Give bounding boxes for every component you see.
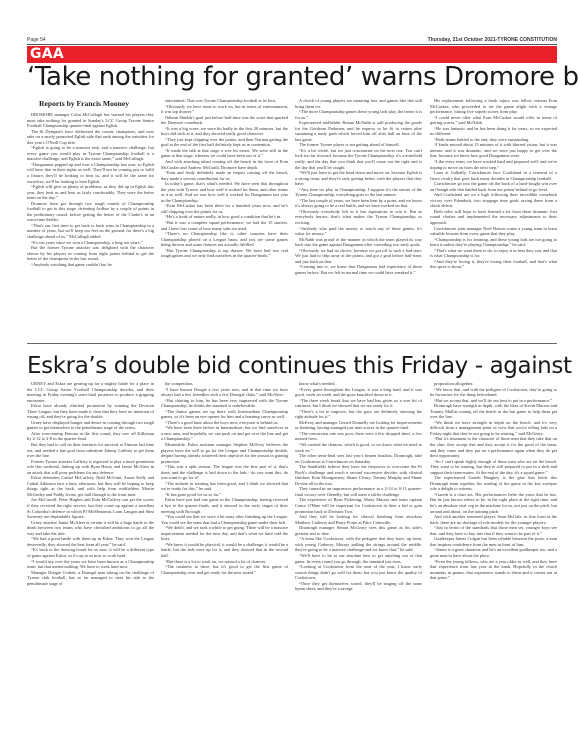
paragraph: “This was a split season. The league was… — [161, 464, 288, 481]
paragraph: “Anybody who paid the money to watch any… — [295, 226, 422, 237]
paragraph: But the former Tyrone attacker was delig… — [27, 245, 154, 262]
article-1-column-1: DROMORE manager Colm McCullagh has warne… — [27, 112, 154, 332]
paragraph: “Coming into it, we knew that Dungannon … — [295, 264, 422, 275]
paragraph: “The conversion rate was poor, there wer… — [295, 431, 422, 442]
paragraph: “Dungannon popped up and won a Champions… — [27, 162, 154, 184]
paragraph: “Obviously we had no choice, because we … — [295, 248, 422, 265]
paragraph: The experience of Ryan Pickering, Marty … — [295, 497, 422, 514]
paragraph: Both sides will hope to have learned a l… — [430, 209, 557, 226]
article-1-column-3: A clutch of young players are maturing f… — [295, 98, 422, 334]
paragraph: “We had a great battle with them up in E… — [27, 536, 154, 547]
paragraph: “We have been there before in Intermedia… — [161, 425, 288, 442]
article-1-headline: ‘Take nothing for granted’ warns Dromore… — [27, 60, 557, 94]
article-2-column-4: proposition altogether.“We know that, an… — [430, 381, 557, 691]
paragraph: Urney have displayed hunger and desire i… — [27, 420, 154, 431]
article-2-headline: Eskra’s double bid continues this Friday… — [27, 352, 557, 380]
paragraph: “Once they get themselves sorted, they'l… — [295, 581, 422, 592]
paragraph: The experienced Gareth Haughey is the gl… — [430, 475, 557, 492]
paragraph: “I have known Dougie a few years now, an… — [161, 387, 288, 398]
paragraph: “We know that, and with the pedigree of … — [430, 387, 557, 398]
paragraph: But they had to call on their instincts … — [27, 442, 154, 459]
paragraph: The St Dympna's have dethroned the count… — [27, 129, 154, 146]
paragraph: “We think we have strength in depth on t… — [430, 420, 557, 437]
paragraph: After overcoming Fintona in the first ro… — [27, 431, 154, 442]
paragraph: “There's a lot to improve, but the guys … — [295, 409, 422, 420]
paragraph: “Eoin McCusker has been there for a hund… — [161, 203, 288, 214]
paragraph: Carrickmore go into the game off the bac… — [430, 181, 557, 192]
paragraph: Experienced midfielder Ronan McNabb is s… — [295, 120, 422, 142]
paragraph: Dromore have got through two tough round… — [27, 201, 154, 223]
paragraph: “Obviously we have areas to work on, but… — [161, 104, 288, 115]
paragraph: “Even the young fellows, who are a year … — [430, 559, 557, 581]
paragraph: Carrickmore joint manager Noel Hotson wa… — [430, 226, 557, 237]
paragraph: “Eoin and Andy definitely made an impact… — [161, 170, 288, 181]
paragraph: Meanwhile, Eskra assistant manager Steph… — [161, 442, 288, 464]
paragraph: “A team like Cookstown, with the pedigre… — [295, 536, 422, 553]
paragraph: “Eglish is going to be a massive task, a… — [27, 145, 154, 162]
paragraph: “And they're loving it, they're loving t… — [430, 259, 557, 270]
paragraph: A clutch of young players are maturing f… — [295, 98, 422, 109]
paragraph: “The last couple of years, we have been … — [295, 198, 422, 209]
paragraph: DROMORE manager Colm McCullagh has warne… — [27, 112, 154, 129]
paragraph: “So I can't speak highly enough of those… — [430, 459, 557, 476]
page-number: Page 54 — [27, 37, 46, 43]
paragraph: “But Tyrone Championship is top drawer. … — [161, 248, 288, 259]
paragraph: And with attacking talent coming off the… — [161, 159, 288, 170]
paragraph: “Anybody watching that game couldn't but… — [27, 262, 154, 268]
article-divider — [27, 343, 557, 344]
paragraph: In today's game, that's what's needed. W… — [161, 181, 288, 203]
paragraph: Former Tyrone attacker Lafferty is expec… — [27, 459, 154, 476]
paragraph: Drumragh manager Simon McGeary sees this… — [295, 525, 422, 536]
paragraph: And they will be looking for clinical fi… — [295, 514, 422, 525]
paragraph: “He was fantastic and he has been doing … — [430, 126, 557, 137]
paragraph: And with another seasoned player, Sean M… — [430, 514, 557, 525]
paragraph: They turned in an impressive performance… — [295, 486, 422, 497]
paragraph: “We didn't, and we took a while to get g… — [161, 525, 288, 542]
paragraph: “Eglish will give us plenty of problems,… — [27, 184, 154, 201]
paragraph: “Looking at Cookstown from the start of … — [295, 564, 422, 581]
paragraph: “Obviously everybody left in it has aspi… — [295, 209, 422, 226]
paragraph: “Like every team, we have worked hard an… — [430, 159, 557, 170]
paragraph: Joe McCarroll, Peter Hughes and Eoin McC… — [27, 497, 154, 519]
paragraph: Goalkeeper James Colgan has been reliabl… — [430, 536, 557, 547]
paragraph: His replacement following a freak injury… — [430, 98, 557, 115]
paragraph: entertained. That was Tyrone Championshi… — [161, 98, 288, 104]
paragraph: The other semi-final sees last year's be… — [295, 453, 422, 464]
paragraph: “It was a big score, we were hit badly i… — [161, 126, 288, 137]
paragraph: “I could never offer what Eoin McCusker … — [430, 115, 557, 126]
article-1-column-2: entertained. That was Tyrone Championshi… — [161, 98, 288, 334]
paragraph: “We knew it would be physical, it would … — [161, 542, 288, 559]
dateline: Thursday, 21st October 2021-TYRONE CONST… — [428, 37, 557, 43]
paragraph: “That's what we want them to do, to enjo… — [430, 248, 557, 259]
article-2-column-2: the competition.“I have known Dougie a f… — [161, 381, 288, 691]
paragraph: Odhran Shields's goal just before half-t… — [161, 115, 288, 126]
paragraph: “We'll just have to get the head down an… — [295, 170, 422, 187]
article-2-column-3: know what's needed.“Every game throughou… — [295, 381, 422, 691]
byline: Reports by Francis Mooney — [39, 99, 129, 108]
folio-rule — [27, 44, 557, 45]
newspaper-page: Page 54 Thursday, 21st October 2021-TYRO… — [27, 0, 557, 737]
paragraph: McNabb was proud of the manner in which … — [295, 237, 422, 248]
paragraph: “That's our first time to get back to ba… — [27, 223, 154, 240]
paragraph: “Any time we play in Championship, I sup… — [295, 187, 422, 198]
paragraph: “The attitude in training has been good,… — [161, 481, 288, 492]
article-1-column-4: His replacement following a freak injury… — [430, 98, 557, 334]
paragraph: The Sandfields believe they have the fir… — [295, 464, 422, 486]
paragraph: Manager Dougie Corbett, a Donegal man ta… — [27, 570, 154, 587]
paragraph: Eskra have just had one game in the Cham… — [161, 497, 288, 514]
paragraph: “But it's testament to the character of … — [430, 436, 557, 458]
paragraph: “It's a bit cliché, but we just concentr… — [295, 148, 422, 170]
paragraph: “You could see that we were a bit rusty … — [161, 514, 288, 525]
paragraph: URNEY and Eskra are gearing up for a mig… — [27, 381, 154, 403]
paragraph: “I would say over the years we have been… — [27, 559, 154, 570]
article-2-column-1: URNEY and Eskra are gearing up for a mig… — [27, 381, 154, 691]
paragraph: “Championship is for learning, and these… — [430, 237, 557, 248]
paragraph: “But chatting to him, he has been very i… — [161, 398, 288, 409]
paragraph: “Gareth is a class act. His performances… — [430, 492, 557, 514]
paragraph: “The more Championship games these young… — [295, 109, 422, 120]
paragraph: “We created the chances, which is good, … — [295, 442, 422, 453]
paragraph: “It made the talk at that stage a wee bi… — [161, 148, 288, 159]
paragraph: “We'll have to be at our absolute best t… — [295, 553, 422, 564]
paragraph: Urney attacker Jamie McAleer is certain … — [27, 520, 154, 537]
paragraph: “It's back to the drawing board for us n… — [27, 547, 154, 558]
paragraph: McEvoy and manager Gerard Donnelly are l… — [295, 420, 422, 431]
paragraph: “I kinda missed about 15 minutes of it w… — [430, 142, 557, 159]
paragraph: “They just kept chipping over the points… — [161, 137, 288, 148]
paragraph: “The rustiness in there, but it's good t… — [161, 564, 288, 575]
paragraph: “James is a great character and he's an … — [430, 547, 557, 558]
paragraph: And Coalisland are on a high following t… — [430, 192, 557, 209]
paragraph: “Every game throughout the League, it wa… — [295, 387, 422, 398]
paragraph: “The Junior games are up there with Inte… — [161, 409, 288, 420]
paragraph: “Just in terms of the standards that tho… — [430, 525, 557, 536]
paragraph: Eskra have already clinched promotion by… — [27, 403, 154, 420]
paragraph: “There's no Championship like it, other … — [161, 231, 288, 248]
paragraph: “But it was a complete squad performance… — [161, 220, 288, 231]
paragraph: Later at Galbally, Carrickmore face Coal… — [430, 170, 557, 181]
paragraph: Drumragh have strength in depth, with th… — [430, 403, 557, 420]
paragraph: “The three week break that we have had h… — [295, 398, 422, 409]
paragraph: Eskra defenders Cathal McCaffrey, Niall … — [27, 475, 154, 497]
